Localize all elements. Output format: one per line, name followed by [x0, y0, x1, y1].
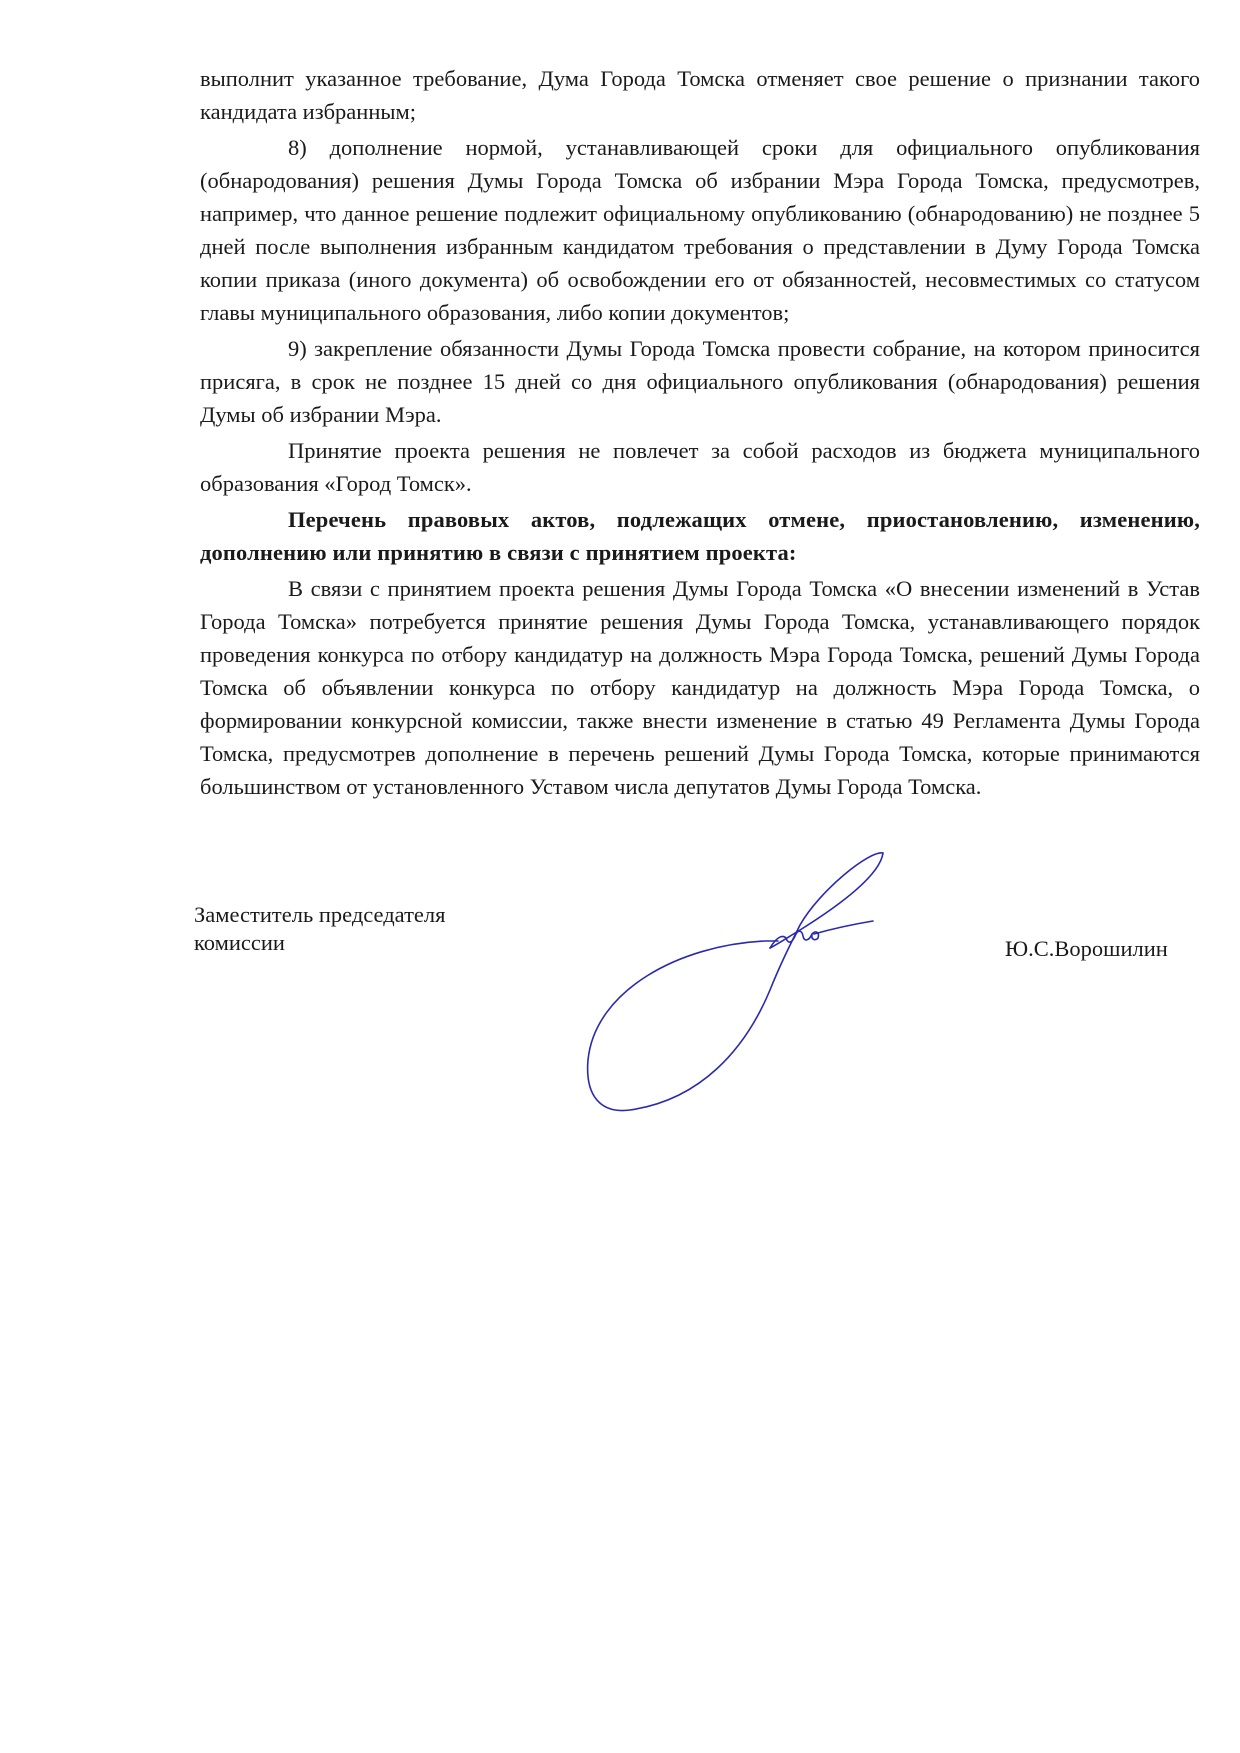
signatory-position: Заместитель председателя комиссии: [194, 901, 445, 957]
signatory-position-line-2: комиссии: [194, 929, 445, 957]
signatory-position-line-1: Заместитель председателя: [194, 901, 445, 929]
section-heading-legal-acts: Перечень правовых актов, подлежащих отме…: [200, 503, 1200, 569]
paragraph-related-acts: В связи с принятием проекта решения Думы…: [200, 572, 1200, 803]
document-page: выполнит указанное требование, Дума Горо…: [0, 0, 1240, 1753]
paragraph-item-8: 8) дополнение нормой, устанавливающей ср…: [200, 131, 1200, 329]
document-body: выполнит указанное требование, Дума Горо…: [200, 62, 1200, 803]
paragraph-item-9: 9) закрепление обязанности Думы Города Т…: [200, 332, 1200, 431]
paragraph-budget-note: Принятие проекта решения не повлечет за …: [200, 434, 1200, 500]
signatory-name: Ю.С.Ворошилин: [1005, 935, 1168, 963]
paragraph-continuation: выполнит указанное требование, Дума Горо…: [200, 62, 1200, 128]
